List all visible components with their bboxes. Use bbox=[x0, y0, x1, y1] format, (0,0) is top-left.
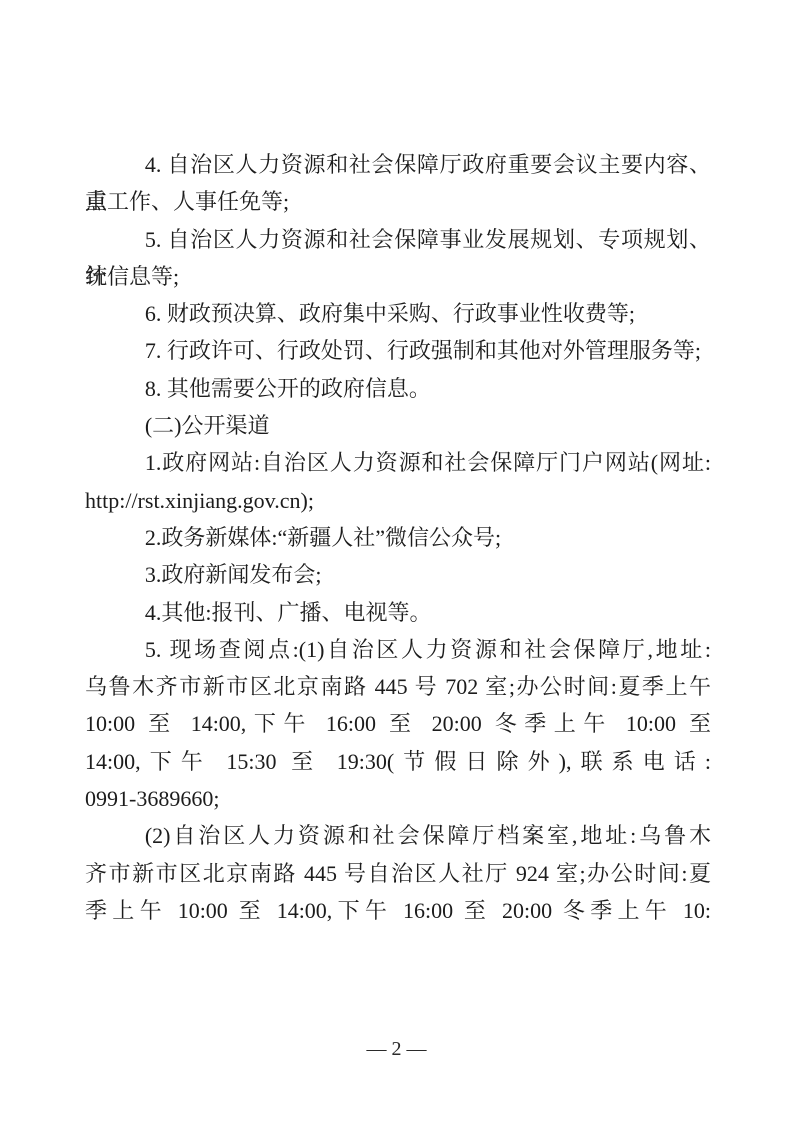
doc-line: 计信息等; bbox=[85, 258, 711, 295]
doc-line: 1.政府网站:自治区人力资源和社会保障厅门户网站(网址: bbox=[85, 444, 711, 481]
doc-line: 14:00,下午 15:30 至 19:30(节假日除外),联系电话: bbox=[85, 743, 711, 780]
website-url: http://rst.xinjiang.gov.cn); bbox=[85, 482, 711, 519]
document-body: 4. 自治区人力资源和社会保障厅政府重要会议主要内容、重 点工作、人事任免等; … bbox=[85, 146, 711, 929]
doc-line: 季上午 10:00 至 14:00,下午 16:00 至 20:00 冬季上午 … bbox=[85, 892, 711, 929]
doc-line: 3.政府新闻发布会; bbox=[85, 556, 711, 593]
doc-line: (2)自治区人力资源和社会保障厅档案室,地址:乌鲁木 bbox=[85, 817, 711, 854]
doc-line: 点工作、人事任免等; bbox=[85, 183, 711, 220]
doc-line: 4.其他:报刊、广播、电视等。 bbox=[85, 594, 711, 631]
document-page: 4. 自治区人力资源和社会保障厅政府重要会议主要内容、重 点工作、人事任免等; … bbox=[0, 0, 793, 1122]
page-number: — 2 — bbox=[0, 1036, 793, 1062]
doc-line: 乌鲁木齐市新市区北京南路 445 号 702 室;办公时间:夏季上午 bbox=[85, 668, 711, 705]
doc-line: 6. 财政预决算、政府集中采购、行政事业性收费等; bbox=[85, 295, 711, 332]
contact-phone: 0991-3689660; bbox=[85, 780, 711, 817]
doc-line: 齐市新市区北京南路 445 号自治区人社厅 924 室;办公时间:夏 bbox=[85, 855, 711, 892]
section-heading-public-channels: (二)公开渠道 bbox=[85, 407, 711, 444]
doc-line: 5. 自治区人力资源和社会保障事业发展规划、专项规划、统 bbox=[85, 221, 711, 258]
doc-line: 10:00 至 14:00,下午 16:00 至 20:00 冬季上午 10:0… bbox=[85, 705, 711, 742]
doc-line: 7. 行政许可、行政处罚、行政强制和其他对外管理服务等; bbox=[85, 332, 711, 369]
doc-line: 2.政务新媒体:“新疆人社”微信公众号; bbox=[85, 519, 711, 556]
doc-line: 5. 现场查阅点:(1)自治区人力资源和社会保障厅,地址: bbox=[85, 631, 711, 668]
doc-line: 8. 其他需要公开的政府信息。 bbox=[85, 370, 711, 407]
doc-line: 4. 自治区人力资源和社会保障厅政府重要会议主要内容、重 bbox=[85, 146, 711, 183]
